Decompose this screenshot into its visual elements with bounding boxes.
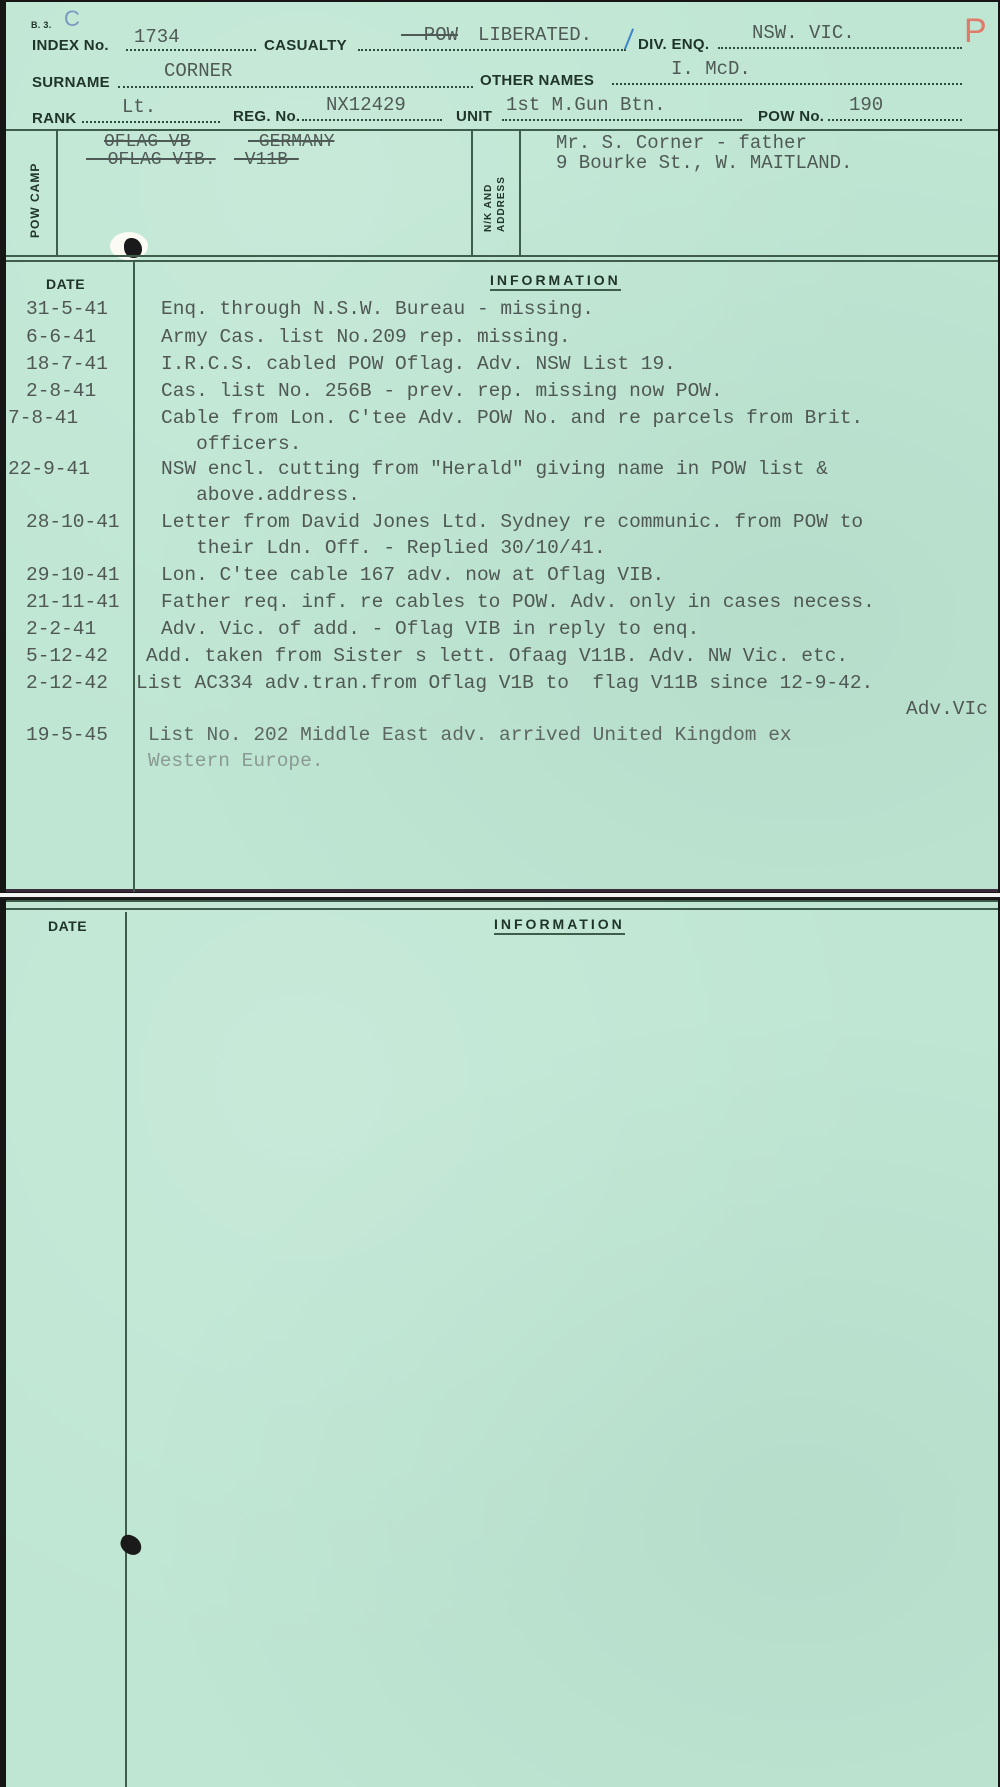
pow-no-value: 190 bbox=[849, 94, 883, 116]
log-entry-line: Western Europe. bbox=[6, 750, 998, 776]
pow-camp-line-3: --OFLAG VIB. bbox=[86, 150, 216, 170]
log-entry-line: 28-10-41Letter from David Jones Ltd. Syd… bbox=[6, 511, 998, 537]
log-entry-line: 2-2-41Adv. Vic. of add. - Oflag VIB in r… bbox=[6, 618, 998, 644]
log-entry-text: Adv. Vic. of add. - Oflag VIB in reply t… bbox=[161, 618, 699, 640]
log-entry-text: Cas. list No. 256B - prev. rep. missing … bbox=[161, 380, 723, 402]
log-entry-text: their Ldn. Off. - Replied 30/10/41. bbox=[161, 537, 606, 559]
log-entry-text: NSW encl. cutting from "Herald" giving n… bbox=[161, 458, 828, 480]
log-entry-line: 21-11-41Father req. inf. re cables to PO… bbox=[6, 591, 998, 617]
blue-pen-mark bbox=[624, 28, 634, 49]
log-entry-date: 2-12-42 bbox=[26, 672, 108, 694]
log-entry-text: Cable from Lon. C'tee Adv. POW No. and r… bbox=[161, 407, 863, 429]
unit-value: 1st M.Gun Btn. bbox=[506, 94, 666, 116]
nk-address-line-2: 9 Bourke St., W. MAITLAND. bbox=[556, 152, 852, 174]
log-entry-text: Western Europe. bbox=[148, 750, 324, 772]
back-punch-hole bbox=[117, 1532, 145, 1558]
form-code-handwritten: C bbox=[64, 6, 80, 32]
log-entry-text: officers. bbox=[161, 433, 301, 455]
log-entry-text: Father req. inf. re cables to POW. Adv. … bbox=[161, 591, 875, 613]
rank-value: Lt. bbox=[122, 96, 156, 118]
back-date-column-divider bbox=[125, 912, 127, 1787]
other-names-value: I. McD. bbox=[671, 58, 751, 80]
surname-label: SURNAME bbox=[32, 74, 110, 91]
log-entry-text: Lon. C'tee cable 167 adv. now at Oflag V… bbox=[161, 564, 664, 586]
casualty-label: CASUALTY bbox=[264, 37, 347, 54]
log-entry-line: 6-6-41Army Cas. list No.209 rep. missing… bbox=[6, 326, 998, 352]
log-entry-line: officers. bbox=[6, 433, 998, 459]
pow-camp-line-2: -GERMANY bbox=[248, 132, 334, 152]
log-entry-text: Add. taken from Sister s lett. Ofaag V11… bbox=[146, 645, 848, 667]
information-header: INFORMATION bbox=[490, 272, 621, 291]
date-header: DATE bbox=[46, 276, 85, 292]
nk-address-label-1: N/K AND bbox=[483, 184, 494, 232]
log-entry-line: 7-8-41Cable from Lon. C'tee Adv. POW No.… bbox=[6, 407, 998, 433]
log-entry-text: Letter from David Jones Ltd. Sydney re c… bbox=[161, 511, 863, 533]
log-entry-date: 28-10-41 bbox=[26, 511, 120, 533]
log-entry-text: Adv.VIc bbox=[906, 698, 988, 720]
back-information-header: INFORMATION bbox=[494, 916, 625, 935]
log-entry-line: 19-5-45List No. 202 Middle East adv. arr… bbox=[6, 724, 998, 750]
record-card-front: B. 3. C INDEX No. 1734 CASUALTY --POW LI… bbox=[6, 2, 998, 892]
form-code: B. 3. bbox=[31, 20, 52, 30]
rank-label: RANK bbox=[32, 110, 77, 127]
surname-value: CORNER bbox=[164, 60, 232, 82]
log-entry-line: 2-12-42List AC334 adv.tran.from Oflag V1… bbox=[6, 672, 998, 698]
pow-no-label: POW No. bbox=[758, 108, 824, 125]
log-entry-date: 21-11-41 bbox=[26, 591, 120, 613]
card-separator bbox=[0, 893, 1000, 899]
log-entry-line: Adv.VIc bbox=[6, 698, 998, 724]
casualty-value: LIBERATED. bbox=[478, 24, 592, 46]
log-entry-line: above.address. bbox=[6, 484, 998, 510]
div-enq-value: NSW. VIC. bbox=[752, 22, 855, 44]
log-entry-text: Army Cas. list No.209 rep. missing. bbox=[161, 326, 571, 348]
log-entry-line: 22-9-41NSW encl. cutting from "Herald" g… bbox=[6, 458, 998, 484]
log-entry-line: their Ldn. Off. - Replied 30/10/41. bbox=[6, 537, 998, 563]
reg-no-value: NX12429 bbox=[326, 94, 406, 116]
log-entry-date: 31-5-41 bbox=[26, 298, 108, 320]
back-date-header: DATE bbox=[48, 918, 87, 934]
index-no-label: INDEX No. bbox=[32, 37, 109, 54]
pow-camp-line-1: OFLAG VB bbox=[104, 132, 190, 152]
log-entry-date: 2-2-41 bbox=[26, 618, 96, 640]
log-entry-text: I.R.C.S. cabled POW Oflag. Adv. NSW List… bbox=[161, 353, 676, 375]
nk-address-label-2: ADDRESS bbox=[496, 176, 507, 232]
log-entry-text: Enq. through N.S.W. Bureau - missing. bbox=[161, 298, 594, 320]
pow-camp-line-4: -V11B- bbox=[234, 150, 299, 170]
log-entry-date: 29-10-41 bbox=[26, 564, 120, 586]
log-entry-date: 22-9-41 bbox=[8, 458, 90, 480]
header-divider bbox=[6, 129, 998, 131]
reg-no-label: REG. No. bbox=[233, 108, 300, 125]
log-entry-date: 6-6-41 bbox=[26, 326, 96, 348]
record-card-back: DATE INFORMATION bbox=[6, 900, 998, 1787]
nk-address-line-1: Mr. S. Corner - father bbox=[556, 132, 807, 154]
log-entry-date: 7-8-41 bbox=[8, 407, 78, 429]
log-entry-line: 29-10-41Lon. C'tee cable 167 adv. now at… bbox=[6, 564, 998, 590]
log-entry-date: 18-7-41 bbox=[26, 353, 108, 375]
log-entry-line: 31-5-41Enq. through N.S.W. Bureau - miss… bbox=[6, 298, 998, 324]
log-entry-date: 19-5-45 bbox=[26, 724, 108, 746]
div-enq-label: DIV. ENQ. bbox=[638, 36, 709, 53]
casualty-struck-value: --POW bbox=[401, 24, 458, 46]
log-entry-line: 2-8-41Cas. list No. 256B - prev. rep. mi… bbox=[6, 380, 998, 406]
log-entry-date: 5-12-42 bbox=[26, 645, 108, 667]
log-entry-text: List AC334 adv.tran.from Oflag V1B to fl… bbox=[136, 672, 873, 694]
index-no-value: 1734 bbox=[134, 26, 180, 48]
log-entry-date: 2-8-41 bbox=[26, 380, 96, 402]
other-names-label: OTHER NAMES bbox=[480, 72, 594, 89]
log-entry-text: above.address. bbox=[161, 484, 360, 506]
pow-camp-label: POW CAMP bbox=[28, 163, 42, 238]
log-entry-line: 5-12-42Add. taken from Sister s lett. Of… bbox=[6, 645, 998, 671]
corner-mark: P bbox=[964, 12, 987, 51]
log-entry-text: List No. 202 Middle East adv. arrived Un… bbox=[148, 724, 792, 746]
unit-label: UNIT bbox=[456, 108, 492, 125]
log-entry-line: 18-7-41I.R.C.S. cabled POW Oflag. Adv. N… bbox=[6, 353, 998, 379]
